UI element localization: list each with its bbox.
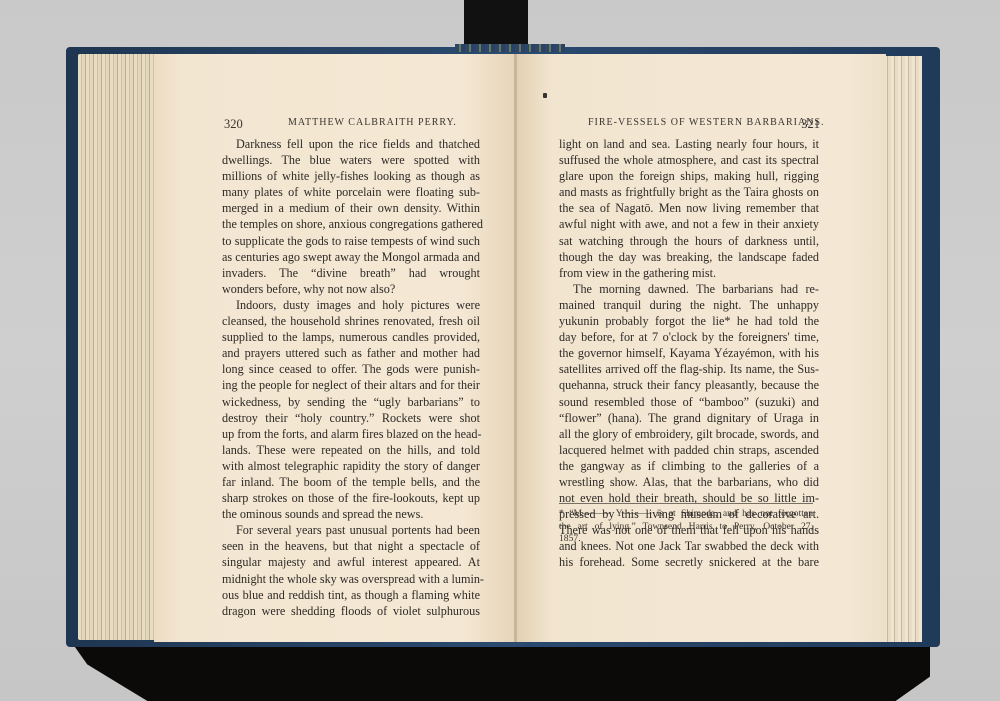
text-line: far inland. The boom of the temple bells… (222, 474, 480, 490)
text-line: day before, for at 7 o'clock by the fore… (559, 329, 819, 345)
text-line: Darkness fell upon the rice fields and t… (222, 136, 480, 152)
text-line: mained tranquil during the night. The un… (559, 297, 819, 313)
text-line: awful night with awe, and not a few in t… (559, 216, 819, 232)
text-line: many plates of white porcelain were floa… (222, 184, 480, 200)
text-line: and prayers uttered such as father and m… (222, 345, 480, 361)
text-line: glare upon the foreign ships, making hul… (559, 168, 819, 184)
text-line: Indoors, dusty images and holy pictures … (222, 297, 480, 313)
book-shadow (70, 640, 930, 701)
text-line: and masts as frightfully bright as the T… (559, 184, 819, 200)
right-page-number: 321 (801, 117, 820, 132)
text-line: merged in a medium of their own density.… (222, 200, 480, 216)
text-line: the sea of Nagatō. Men now living rememb… (559, 200, 819, 216)
text-line: “flower” (hana). The grand dignitary of … (559, 410, 819, 426)
text-line: the gangway as if climbing to the galler… (559, 458, 819, 474)
text-line: destroy their “holy country.” Rockets we… (222, 410, 480, 426)
text-line: millions of white jelly-fishes looking a… (222, 168, 480, 184)
right-running-head: FIRE-VESSELS OF WESTERN BARBARIANS. 321 (588, 117, 820, 128)
footnote-divider (559, 503, 813, 504)
text-line: lacquered helmet with padded chin straps… (559, 442, 819, 458)
text-line: from view in the gathering mist. (559, 265, 819, 281)
text-line: wrestling show. Alas, that the barbarian… (559, 474, 819, 490)
right-running-title: FIRE-VESSELS OF WESTERN BARBARIANS. (588, 117, 825, 128)
text-line: suffused the whole atmosphere, and cast … (559, 152, 819, 168)
text-line: yukunin probably forgot the lie* he had … (559, 313, 819, 329)
text-line: the governor himself, Kayama Yézayémon, … (559, 345, 819, 361)
text-line: light on land and sea. Lasting nearly fo… (559, 136, 819, 152)
text-line: ous blue and reddish tint, as though a f… (222, 587, 480, 603)
text-line: as centuries ago swept away the Mongol a… (222, 249, 480, 265)
text-line: lands. These were repeated on the hills,… (222, 442, 480, 458)
ink-spot (543, 93, 547, 98)
text-line: supplied to the lamps, numerous candles … (222, 329, 480, 345)
text-line: the temples on shore, anxious congregati… (222, 216, 480, 232)
text-line: quehanna, struck their fancy pleasantly,… (559, 377, 819, 393)
footnote-line: 1857. (559, 533, 813, 546)
text-line: singular majesty and awful interest appe… (222, 554, 480, 570)
text-line: wonders before, why not now also? (222, 281, 480, 297)
text-line: dwellings. The blue waters were spotted … (222, 152, 480, 168)
text-line: to supplicate the gods to raise tempests… (222, 233, 480, 249)
text-line: cleansed, the household shrines renovate… (222, 313, 480, 329)
text-line: invaders. The “divine breath” had wrough… (222, 265, 480, 281)
page-edges-right (884, 56, 922, 642)
book-spine-top (455, 44, 565, 52)
left-running-title: MATTHEW CALBRAITH PERRY. (288, 117, 457, 128)
text-line: his forehead. Some secretly snickered at… (559, 554, 819, 570)
text-line: midnight the whole sky was overspread wi… (222, 571, 480, 587)
text-line: up from the forts, and alarm fires blaze… (222, 426, 480, 442)
left-running-head: 320 MATTHEW CALBRAITH PERRY. (224, 117, 484, 132)
text-line: though the day was breaking, the landsca… (559, 249, 819, 265)
text-line: satellites arrived off the flag-ship. It… (559, 361, 819, 377)
text-line: all the glory of embroidery, gilt brocad… (559, 426, 819, 442)
text-line: wickedness, by sending the “ugly barbari… (222, 394, 480, 410)
text-line: The morning dawned. The barbarians had r… (559, 281, 819, 297)
text-line: dragon were shedding floods of violet su… (222, 603, 480, 619)
book-gutter (514, 54, 517, 642)
text-line: sat watching through the hours of darkne… (559, 233, 819, 249)
text-line: For several years past unusual portents … (222, 522, 480, 538)
text-line: with almost telegraphic rapidity the sto… (222, 458, 480, 474)
page-edges-left (78, 54, 156, 640)
left-page-number: 320 (224, 117, 243, 131)
footnote-line: the art of lying.” Townsend Harris to Pe… (559, 521, 813, 534)
text-line: sound resembled those of “bamboo” (suzuk… (559, 394, 819, 410)
footnote-line: * “M——— Y——— is at Shimoda, and has not … (559, 508, 813, 521)
text-line: ing the people for neglect of their alta… (222, 377, 480, 393)
footnote: * “M——— Y——— is at Shimoda, and has not … (559, 508, 813, 546)
left-body-text: Darkness fell upon the rice fields and t… (222, 136, 480, 619)
text-line: long since ceased to offer. The gods wer… (222, 361, 480, 377)
text-line: seen in the heavens, but that night a sp… (222, 538, 480, 554)
right-body-text: light on land and sea. Lasting nearly fo… (559, 136, 819, 571)
text-line: the ominous sounds and spread the news. (222, 506, 480, 522)
text-line: sharp strokes on those of the fire-looko… (222, 490, 480, 506)
